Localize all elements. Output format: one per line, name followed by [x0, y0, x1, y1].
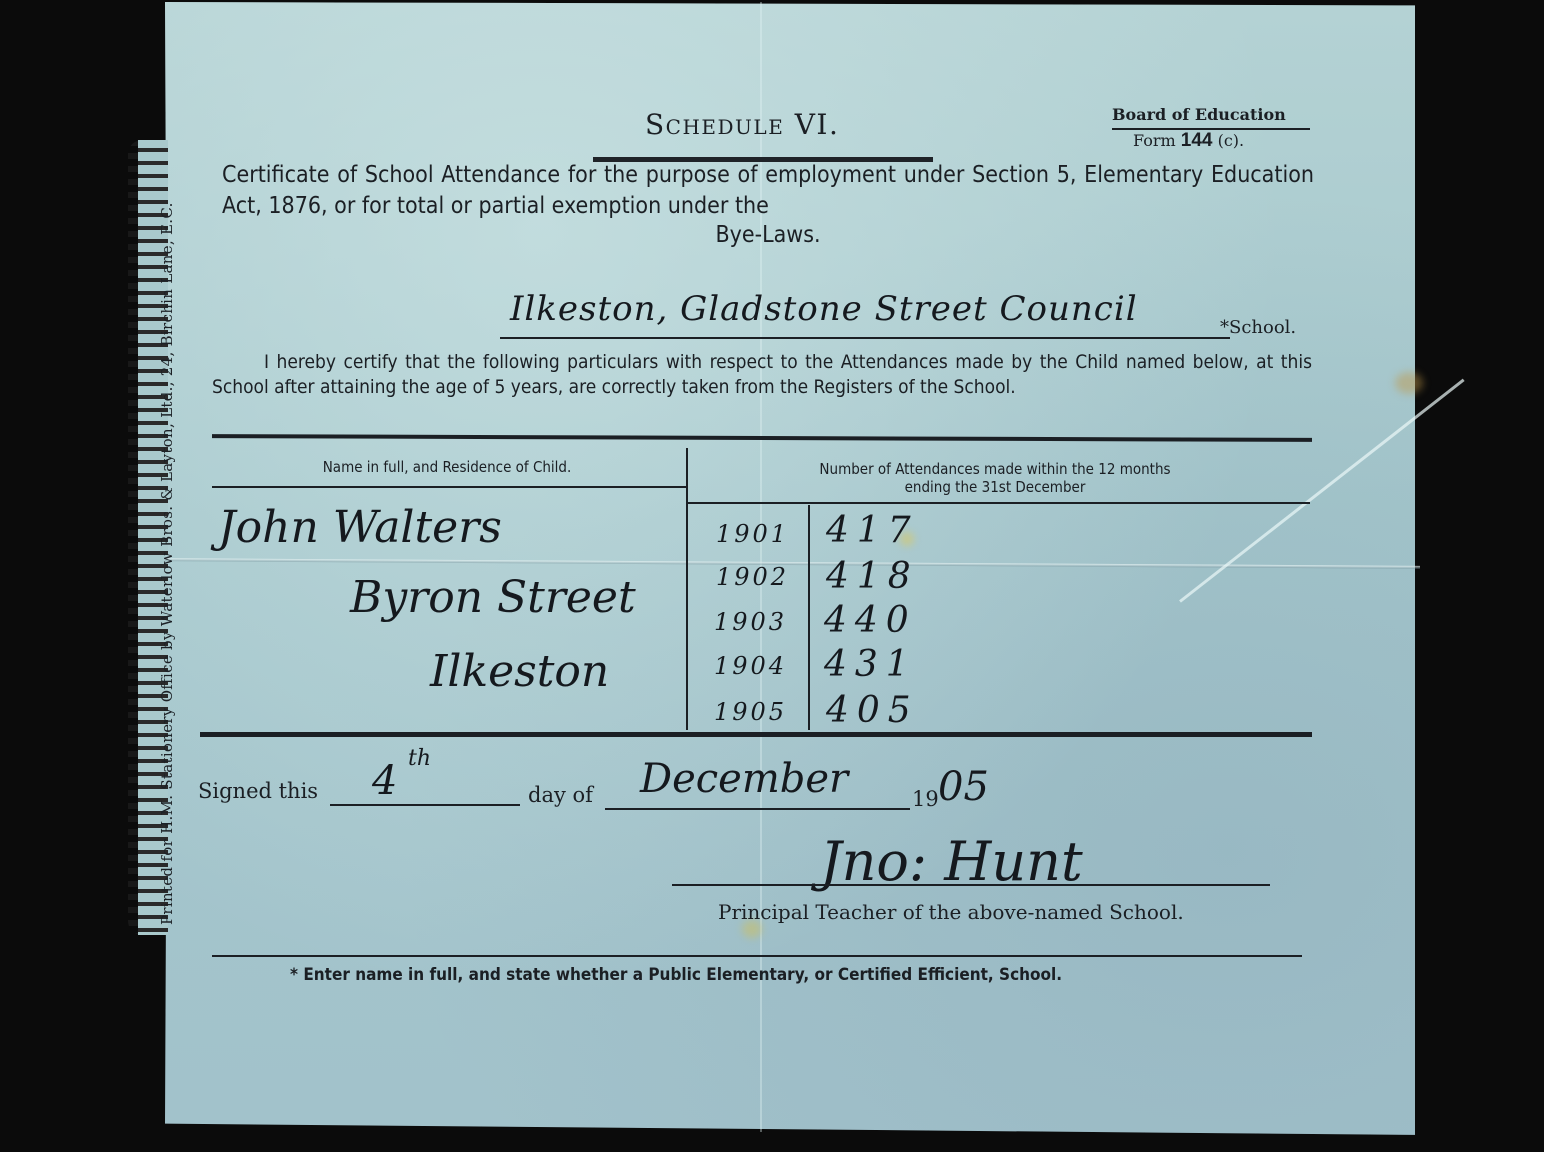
form-number-value: 144 — [1181, 130, 1213, 151]
day-blank — [330, 776, 520, 806]
signed-day: 4 — [372, 758, 397, 804]
row-year: 1902 — [716, 563, 789, 591]
school-name-field: Ilkeston, Gladstone Street Council — [500, 289, 1230, 339]
year-count-divider — [808, 505, 810, 730]
row-attendances: 405 — [826, 690, 919, 731]
certificate-title: Certificate of School Attendance for the… — [222, 160, 1314, 251]
col-header-attendances: Number of Attendances made within the 12… — [700, 460, 1290, 496]
day-of-label: day of — [528, 783, 593, 807]
certification-statement: I hereby certify that the following part… — [212, 350, 1312, 400]
row-year: 1901 — [716, 520, 789, 548]
row-attendances: 417 — [826, 510, 919, 551]
row-attendances: 418 — [826, 556, 919, 597]
signed-day-suffix: th — [408, 746, 431, 771]
col-header-name: Name in full, and Residence of Child. — [212, 458, 682, 476]
header-rule-left — [212, 486, 686, 488]
row-attendances: 431 — [824, 644, 917, 685]
row-attendances: 440 — [824, 600, 917, 641]
col-header-attendances-line2: ending the 31st December — [700, 478, 1290, 496]
stain-mark — [1395, 372, 1423, 394]
board-of-education-label: Board of Education — [1112, 105, 1286, 124]
signed-this-label: Signed this — [198, 779, 318, 803]
row-year: 1904 — [714, 652, 787, 680]
form-suffix: (c). — [1218, 131, 1245, 150]
footnote-rule — [212, 955, 1302, 957]
child-street: Byron Street — [350, 572, 636, 623]
table-column-divider — [686, 448, 688, 730]
title-body: Certificate of School Attendance for the… — [222, 162, 1314, 219]
header-rule-right — [686, 502, 1310, 504]
form-prefix: Form — [1133, 131, 1176, 150]
child-name: John Walters — [218, 502, 502, 553]
row-year: 1903 — [714, 608, 787, 636]
school-suffix: *School. — [1220, 317, 1296, 338]
year-printed-prefix: 19 — [912, 787, 939, 811]
signed-month: December — [640, 756, 848, 802]
title-last-line: Bye-Laws. — [222, 220, 1314, 251]
schedule-heading: Schedule VI. — [645, 108, 839, 141]
signed-year-written: 05 — [938, 764, 989, 810]
signature-rule — [672, 884, 1270, 886]
footnote: * Enter name in full, and state whether … — [290, 965, 1062, 985]
printer-imprint: Printed for H.M. Stationery Office by Wa… — [158, 202, 176, 925]
form-number: Form 144 (c). — [1133, 130, 1244, 152]
table-bottom-rule — [200, 732, 1312, 737]
child-town: Ilkeston — [430, 646, 609, 697]
row-year: 1905 — [714, 698, 787, 726]
col-header-attendances-line1: Number of Attendances made within the 12… — [700, 460, 1290, 478]
signature-caption: Principal Teacher of the above-named Sch… — [718, 900, 1184, 924]
